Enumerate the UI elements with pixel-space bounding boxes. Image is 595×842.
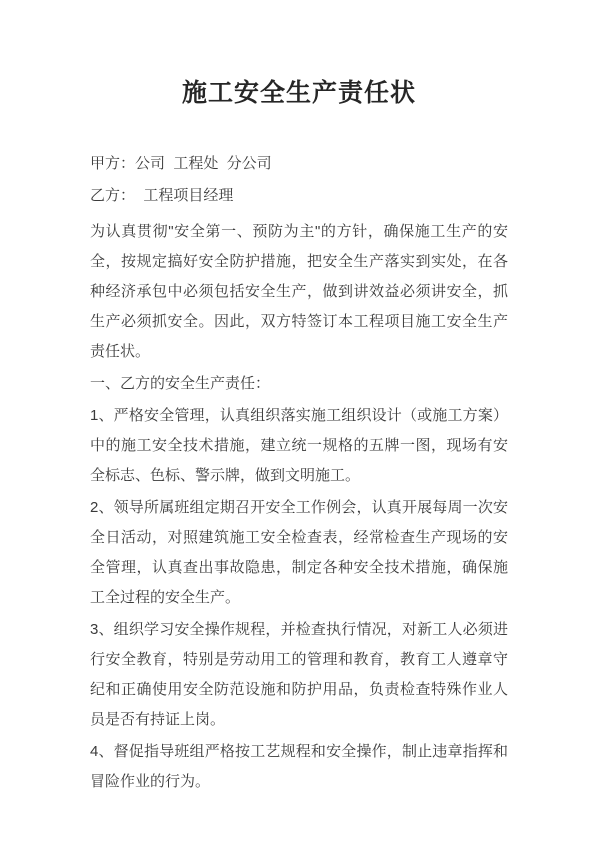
clause-1-paragraph: 1、严格安全管理，认真组织落实施工组织设计（或施工方案）中的施工安全技术措施，建… xyxy=(90,401,508,491)
clause-2-paragraph: 2、领导所属班组定期召开安全工作例会，认真开展每周一次安全日活动，对照建筑施工安… xyxy=(90,493,508,613)
clause-3-paragraph: 3、组织学习安全操作规程，并检查执行情况，对新工人必须进行安全教育，特别是劳动用… xyxy=(90,615,508,735)
section-heading: 一、乙方的安全生产责任： xyxy=(90,369,508,399)
intro-paragraph: 为认真贯彻"安全第一、预防为主"的方针，确保施工生产的安全，按规定搞好安全防护措… xyxy=(90,217,508,367)
document-page: 施工安全生产责任状 甲方：公司 工程处 分公司 乙方： 工程项目经理 为认真贯彻… xyxy=(0,0,595,842)
document-title: 施工安全生产责任状 xyxy=(90,76,508,110)
document-body: 为认真贯彻"安全第一、预防为主"的方针，确保施工生产的安全，按规定搞好安全防护措… xyxy=(90,217,508,797)
party-b-line: 乙方： 工程项目经理 xyxy=(90,180,508,212)
clause-4-paragraph: 4、督促指导班组严格按工艺规程和安全操作，制止违章指挥和冒险作业的行为。 xyxy=(90,737,508,797)
party-a-line: 甲方：公司 工程处 分公司 xyxy=(90,148,508,180)
